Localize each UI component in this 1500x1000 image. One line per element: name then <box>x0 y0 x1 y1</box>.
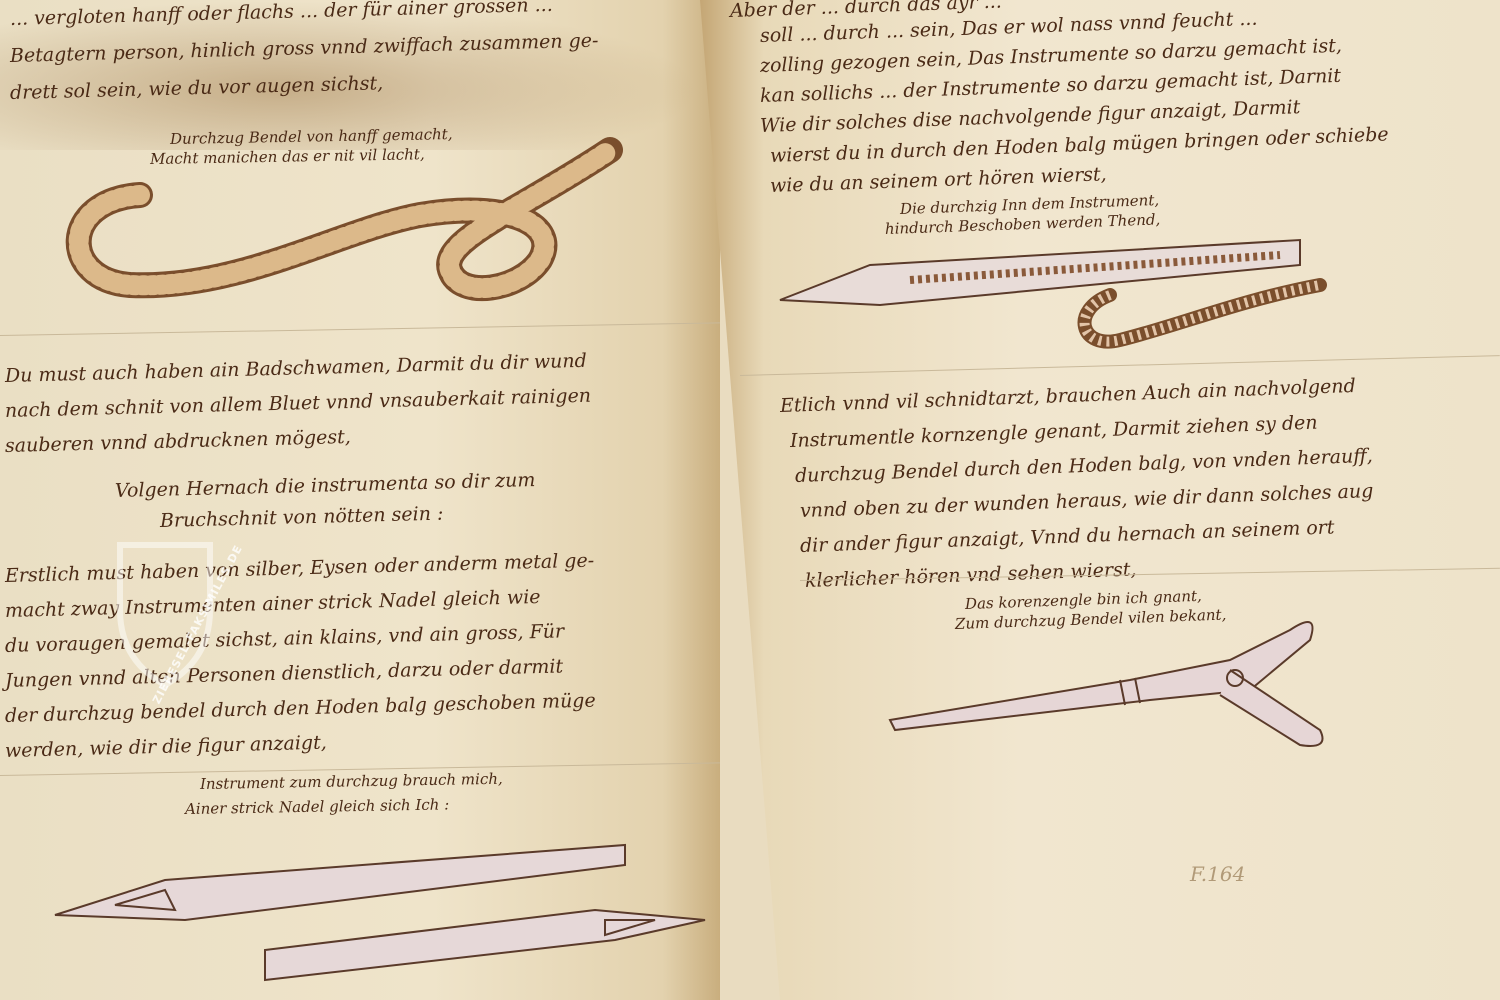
forceps-illustration <box>890 610 1340 770</box>
right-page: Aber der ... durch das ayr ... soll ... … <box>700 0 1500 1000</box>
left-page: ... vergloten hanff oder flachs ... der … <box>0 0 720 1000</box>
rope-illustration <box>40 140 640 340</box>
text-line: Etlich vnnd vil schnidtarzt, brauchen Au… <box>780 375 1356 417</box>
text-line: Instrumentle kornzengle genant, Darmit z… <box>790 412 1318 452</box>
text-line: werden, wie dir die figur anzaigt, <box>5 732 327 762</box>
text-line: Du must auch haben ain Badschwamen, Darm… <box>5 350 587 387</box>
text-line: nach dem schnit von allem Bluet vnnd vns… <box>5 385 592 422</box>
heading-line: Volgen Hernach die instrumenta so dir zu… <box>115 469 536 502</box>
text-line: macht zway Instrumenten ainer strick Nad… <box>5 586 541 622</box>
threaded-instrument-illustration <box>780 230 1420 360</box>
text-line: vnnd oben zu der wunden heraus, wie dir … <box>800 480 1374 522</box>
text-line: Erstlich must haben von silber, Eysen od… <box>5 550 595 587</box>
text-line: wie du an seinem ort hören wierst, <box>770 163 1107 197</box>
heading-line: Bruchschnit von nötten sein : <box>160 503 444 532</box>
caption-needles-line: Instrument zum durchzug brauch mich, <box>200 770 503 793</box>
text-line: du voraugen gemalet sichst, ain klains, … <box>5 620 565 657</box>
folio-number: F.164 <box>1190 862 1245 886</box>
text-line: Jungen vnnd alten Personen dienstlich, d… <box>5 655 564 692</box>
needle-instruments-illustration <box>55 820 705 1000</box>
text-line: sauberen vnnd abdrucknen mögest, <box>5 426 351 457</box>
text-line: dir ander figur anzaigt, Vnnd du hernach… <box>800 516 1335 557</box>
text-line: der durchzug bendel durch den Hoden balg… <box>5 690 596 727</box>
caption-needles-line: Ainer strick Nadel gleich sich Ich : <box>185 795 449 818</box>
text-line: durchzug Bendel durch den Hoden balg, vo… <box>795 445 1374 487</box>
